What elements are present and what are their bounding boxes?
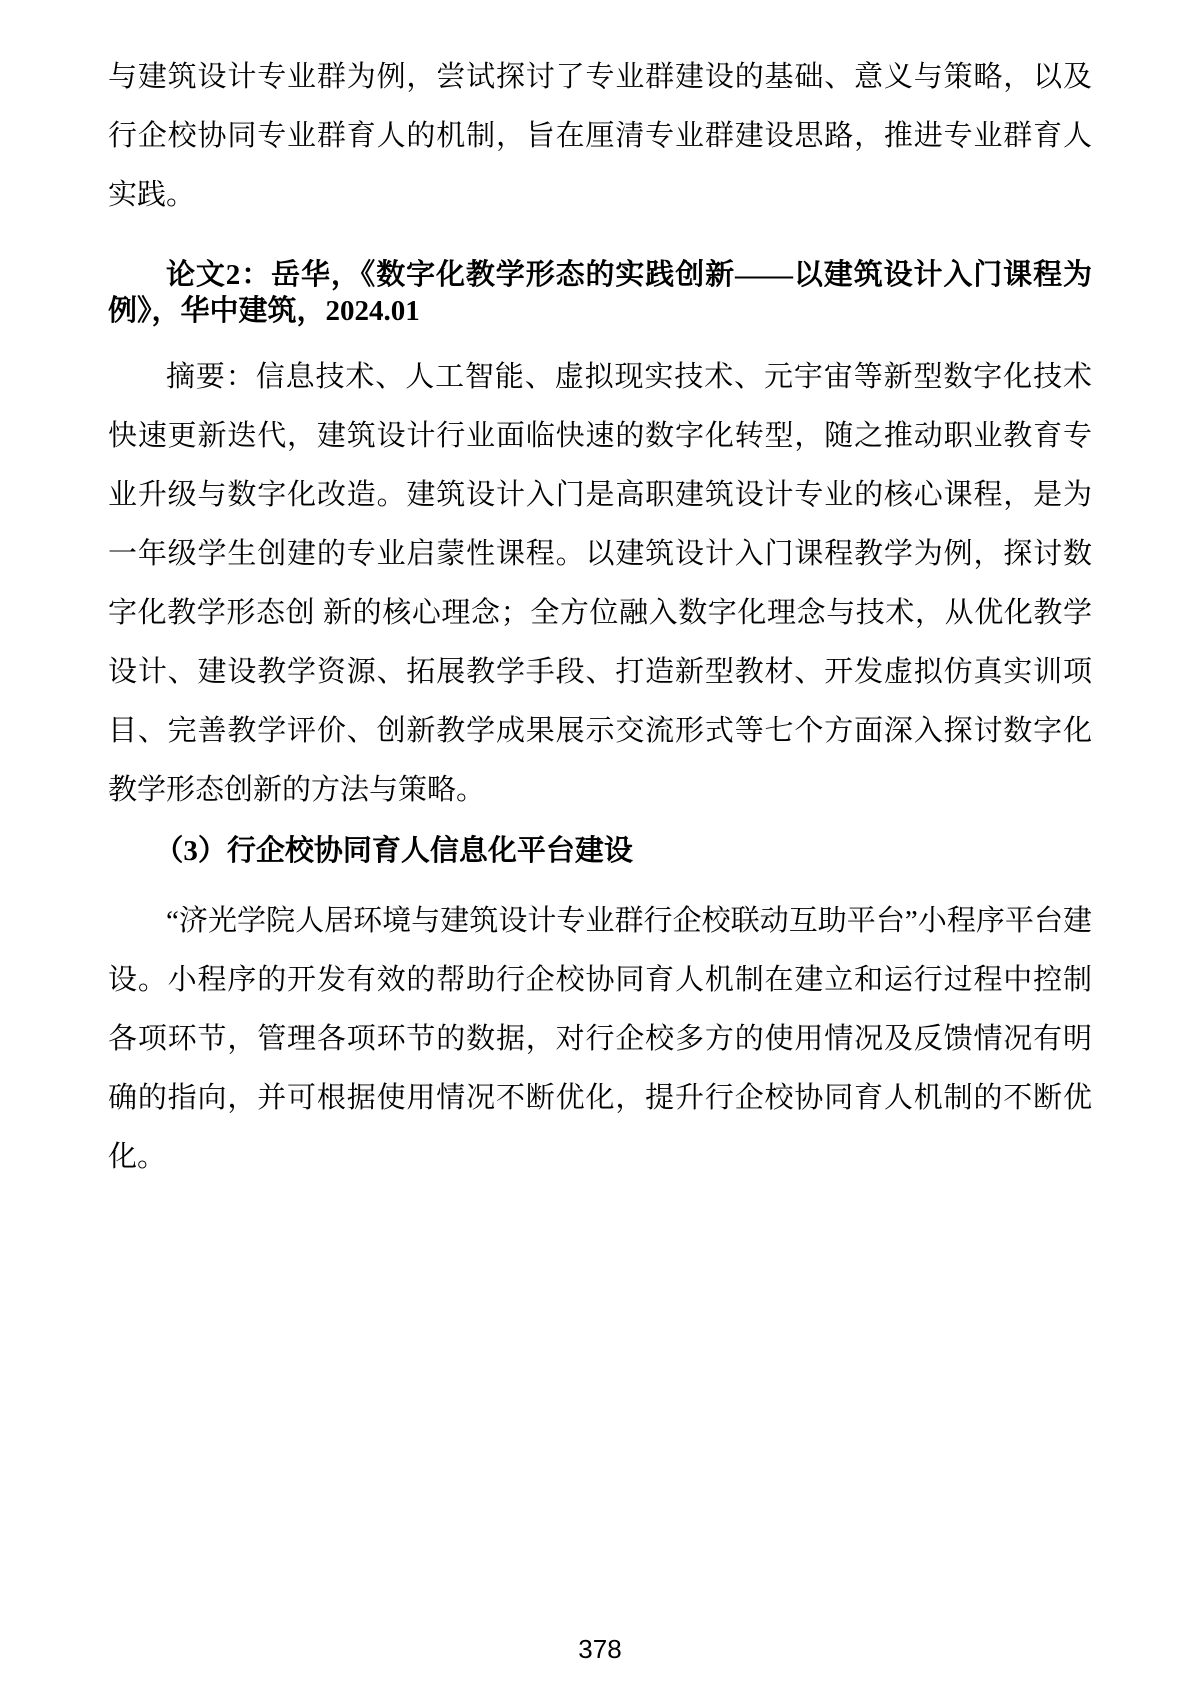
platform-paragraph: “济光学院人居环境与建筑设计专业群行企校联动互助平台”小程序平台建设。小程序的开… bbox=[108, 892, 1092, 1187]
abstract-paragraph: 摘要：信息技术、人工智能、虚拟现实技术、元宇宙等新型数字化技术快速更新迭代，建筑… bbox=[108, 348, 1092, 820]
paper-2-citation-heading: 论文2：岳华，《数字化教学形态的实践创新——以建筑设计入门课程为例》，华中建筑，… bbox=[108, 257, 1092, 329]
paragraph-continuation: 与建筑设计专业群为例，尝试探讨了专业群建设的基础、意义与策略，以及行企校协同专业… bbox=[108, 48, 1092, 225]
page-number: 378 bbox=[0, 1634, 1200, 1665]
section-3-heading: （3）行企校协同育人信息化平台建设 bbox=[108, 833, 1092, 869]
document-page: 与建筑设计专业群为例，尝试探讨了专业群建设的基础、意义与策略，以及行企校协同专业… bbox=[0, 0, 1200, 1683]
